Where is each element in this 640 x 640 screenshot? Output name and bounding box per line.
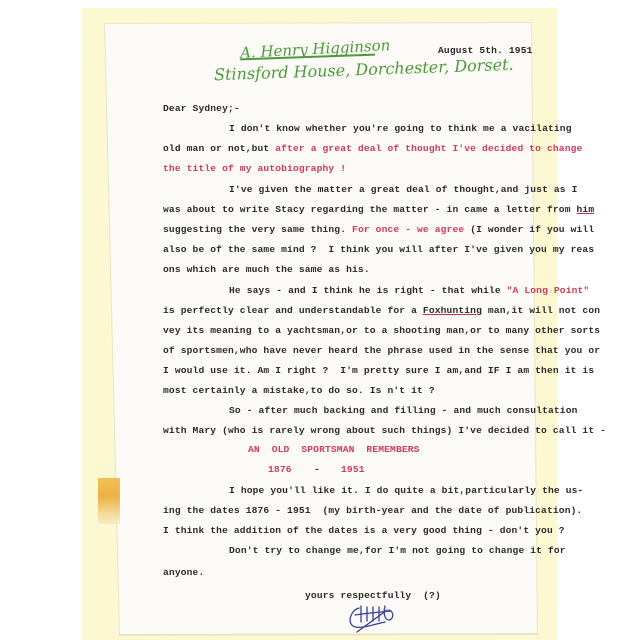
p3-old-title: "A Long Point" [507, 285, 590, 296]
p2-line2: was about to write Stacy regarding the m… [163, 204, 594, 216]
p2-line3-tail: (I wonder if you will [464, 224, 594, 235]
p3-line1-text: He says - and I think he is right - that… [229, 285, 507, 296]
years-end: 1951 [341, 464, 365, 476]
salutation: Dear Sydney;- [163, 103, 240, 115]
p2-line1: I've given the matter a great deal of th… [229, 184, 578, 196]
p4-line2: with Mary (who is rarely wrong about suc… [163, 425, 606, 437]
years-start: 1876 [268, 464, 292, 476]
p2-line5: ons which are much the same as his. [163, 264, 370, 276]
p2-underlined-him: him [577, 204, 595, 215]
p5-line2: ing the dates 1876 - 1951 (my birth-year… [163, 505, 582, 517]
p1-line2: old man or not,but after a great deal of… [163, 143, 582, 155]
p1-line3: the title of my autobiography ! [163, 163, 346, 175]
new-book-title: AN OLD SPORTSMAN REMEMBERS [248, 444, 420, 456]
p2-line3-text: suggesting the very same thing. [163, 224, 352, 235]
p1-line2-black: old man or not,but [163, 143, 275, 154]
p3-line5: I would use it. Am I right ? I'm pretty … [163, 365, 594, 377]
p3-line2: is perfectly clear and understandable fo… [163, 305, 600, 317]
p1-line2-red: after a great deal of thought I've decid… [275, 143, 582, 154]
p6-line1: Don't try to change me,for I'm not going… [229, 545, 566, 557]
p3-underlined-foxhunting: Foxhunting [423, 305, 482, 316]
p3-line2-tail: man,it will not con [482, 305, 600, 316]
p3-line4: of sportsmen,who have never heard the ph… [163, 345, 600, 357]
p1-line1: I don't know whether you're going to thi… [229, 123, 572, 135]
p5-line3: I think the addition of the dates is a v… [163, 525, 565, 537]
p3-line2-text: is perfectly clear and understandable fo… [163, 305, 423, 316]
p3-line1: He says - and I think he is right - that… [229, 285, 589, 297]
p6-line2: anyone. [163, 567, 204, 579]
p2-line4: also be of the same mind ? I think you w… [163, 244, 594, 256]
p3-line3: vey its meaning to a yachtsman,or to a s… [163, 325, 600, 337]
years-dash: - [314, 464, 320, 476]
tape-stain [98, 478, 120, 524]
p3-line6: most certainly a mistake,to do so. Is n'… [163, 385, 435, 397]
closing: yours respectfully (?) [305, 590, 441, 602]
p2-line2-text: was about to write Stacy regarding the m… [163, 204, 577, 215]
handwritten-signature [345, 602, 415, 634]
p2-line3-red: For once - we agree [352, 224, 464, 235]
p4-line1: So - after much backing and filling - an… [229, 405, 578, 417]
p5-line1: I hope you'll like it. I do quite a bit,… [229, 485, 583, 497]
letter-date: August 5th. 1951 [438, 45, 533, 57]
p2-line3: suggesting the very same thing. For once… [163, 224, 594, 236]
